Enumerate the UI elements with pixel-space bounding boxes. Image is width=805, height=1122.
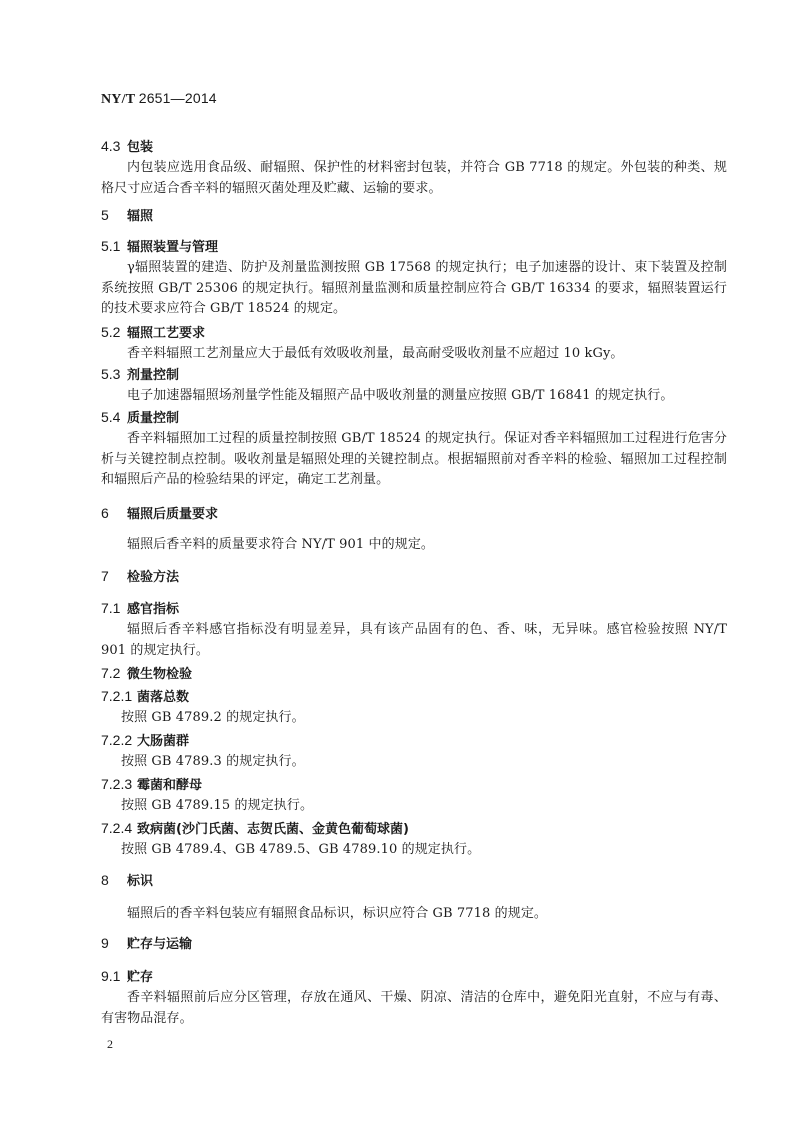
section-body: γ辐照装置的建造、防护及剂量监测按照 GB 17568 的规定执行；电子加速器的… — [101, 258, 727, 320]
section-heading: 5.3剂量控制 — [101, 364, 727, 386]
section-heading: 4.3包装 — [101, 136, 727, 158]
section-8: 8标识 辐照后的香辛料包装应有辐照食品标识，标识应符合 GB 7718 的规定。 — [101, 870, 727, 925]
section-5-4: 5.4质量控制 香辛料辐照加工过程的质量控制按照 GB/T 18524 的规定执… — [101, 407, 727, 491]
section-heading: 7.2.3霉菌和酵母 — [101, 774, 727, 796]
section-body: 按照 GB 4789.3 的规定执行。 — [101, 752, 727, 773]
section-body: 辐照后香辛料感官指标没有明显差异，具有该产品固有的色、香、味，无异味。感官检验按… — [101, 620, 727, 661]
section-heading: 7.2.2大肠菌群 — [101, 730, 727, 752]
section-7-1: 7.1感官指标 辐照后香辛料感官指标没有明显差异，具有该产品固有的色、香、味，无… — [101, 598, 727, 661]
section-body: 电子加速器辐照场剂量学性能及辐照产品中吸收剂量的测量应按照 GB/T 16841… — [101, 386, 727, 407]
section-7-2-4: 7.2.4致病菌(沙门氏菌、志贺氏菌、金黄色葡萄球菌) 按照 GB 4789.4… — [101, 818, 727, 861]
standard-number: 2651—2014 — [139, 90, 217, 106]
section-7-2-3: 7.2.3霉菌和酵母 按照 GB 4789.15 的规定执行。 — [101, 774, 727, 817]
section-7-2: 7.2微生物检验 — [101, 663, 727, 685]
section-body: 香辛料辐照加工过程的质量控制按照 GB/T 18524 的规定执行。保证对香辛料… — [101, 429, 727, 491]
section-body: 按照 GB 4789.15 的规定执行。 — [101, 796, 727, 817]
section-5-3: 5.3剂量控制 电子加速器辐照场剂量学性能及辐照产品中吸收剂量的测量应按照 GB… — [101, 364, 727, 407]
section-5-2: 5.2辐照工艺要求 香辛料辐照工艺剂量应大于最低有效吸收剂量，最高耐受吸收剂量不… — [101, 322, 727, 365]
section-heading: 7检验方法 — [101, 566, 727, 588]
section-body: 按照 GB 4789.2 的规定执行。 — [101, 708, 727, 729]
section-heading: 5.4质量控制 — [101, 407, 727, 429]
section-heading: 5辐照 — [101, 205, 727, 227]
section-heading: 7.2微生物检验 — [101, 663, 727, 685]
section-9-1: 9.1贮存 香辛料辐照前后应分区管理，存放在通风、干燥、阴凉、清洁的仓库中，避免… — [101, 966, 727, 1029]
section-body: 按照 GB 4789.4、GB 4789.5、GB 4789.10 的规定执行。 — [101, 840, 727, 861]
section-body: 香辛料辐照前后应分区管理，存放在通风、干燥、阴凉、清洁的仓库中，避免阳光直射，不… — [101, 988, 727, 1029]
section-body: 内包装应选用食品级、耐辐照、保护性的材料密封包装，并符合 GB 7718 的规定… — [101, 158, 727, 199]
section-heading: 7.2.4致病菌(沙门氏菌、志贺氏菌、金黄色葡萄球菌) — [101, 818, 727, 840]
section-5-1: 5.1辐照装置与管理 γ辐照装置的建造、防护及剂量监测按照 GB 17568 的… — [101, 236, 727, 320]
section-heading: 7.1感官指标 — [101, 598, 727, 620]
document-page: NY/T 2651—2014 4.3包装 内包装应选用食品级、耐辐照、保护性的材… — [0, 0, 805, 1122]
standard-identifier: NY/T 2651—2014 — [101, 90, 217, 108]
section-7-2-1: 7.2.1菌落总数 按照 GB 4789.2 的规定执行。 — [101, 686, 727, 729]
section-heading: 8标识 — [101, 870, 727, 892]
section-6: 6辐照后质量要求 辐照后香辛料的质量要求符合 NY/T 901 中的规定。 — [101, 503, 727, 556]
standard-prefix: NY/T — [101, 92, 135, 107]
page-number: 2 — [107, 1037, 113, 1052]
section-4-3: 4.3包装 内包装应选用食品级、耐辐照、保护性的材料密封包装，并符合 GB 77… — [101, 136, 727, 199]
section-body: 辐照后香辛料的质量要求符合 NY/T 901 中的规定。 — [101, 535, 727, 556]
section-heading: 7.2.1菌落总数 — [101, 686, 727, 708]
section-body: 香辛料辐照工艺剂量应大于最低有效吸收剂量，最高耐受吸收剂量不应超过 10 kGy… — [101, 344, 727, 365]
section-heading: 9贮存与运输 — [101, 933, 727, 955]
section-heading: 5.2辐照工艺要求 — [101, 322, 727, 344]
section-7-2-2: 7.2.2大肠菌群 按照 GB 4789.3 的规定执行。 — [101, 730, 727, 773]
section-body: 辐照后的香辛料包装应有辐照食品标识，标识应符合 GB 7718 的规定。 — [101, 904, 727, 925]
section-heading: 9.1贮存 — [101, 966, 727, 988]
section-heading: 6辐照后质量要求 — [101, 503, 727, 525]
section-heading: 5.1辐照装置与管理 — [101, 236, 727, 258]
section-5: 5辐照 — [101, 205, 727, 227]
section-9: 9贮存与运输 — [101, 933, 727, 955]
section-7: 7检验方法 — [101, 566, 727, 588]
